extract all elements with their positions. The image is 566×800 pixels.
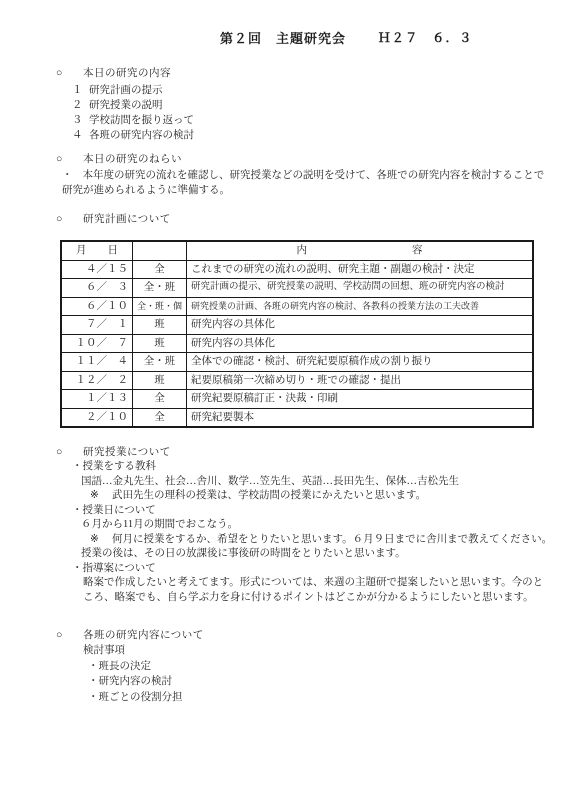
subjects-note: ※武田先生の理科の授業は、学校訪問の授業にかえたいと思います。 xyxy=(90,489,566,504)
cell-content: これまでの研究の流れの説明、研究主題・副題の検討・決定 xyxy=(187,260,534,279)
subsection-lesson-plan-draft: ・指導案について xyxy=(72,562,566,577)
table-row: ４／１５ 全 これまでの研究の流れの説明、研究主題・副題の検討・決定 xyxy=(61,260,533,279)
section-heading-today-aim: 本日の研究のねらい xyxy=(83,152,182,167)
dot-bullet-icon: ・ xyxy=(88,661,99,672)
lesson-days-line: ６月から11月の期間でおこなう。 xyxy=(81,518,566,533)
cell-scope: 全 xyxy=(133,390,187,409)
group-item: ・班長の決定 xyxy=(88,659,566,675)
cell-scope: 班 xyxy=(133,316,187,335)
circle-bullet-icon: ○ xyxy=(56,152,68,167)
cell-content: 全体での確認・検討、研究紀要原稿作成の割り振り xyxy=(187,353,534,372)
table-row: ６／ ３ 全・班 研究計画の提示、研究授業の説明、学校訪問の回想、班の研究内容の… xyxy=(61,279,533,298)
cell-date: ６／ ３ xyxy=(61,279,133,298)
dot-bullet-icon: ・ xyxy=(72,461,83,472)
item-number: １ xyxy=(72,83,89,98)
section-research-plan: ○ 研究計画について 月 日 内 容 ４／１５ 全 これまでの研究の流れの説明、… xyxy=(0,212,566,428)
lesson-days-line2: 授業の後は、その日の放課後に事後研の時間をとりたいと思います。 xyxy=(81,547,566,562)
cell-date: １１／ ４ xyxy=(61,353,133,372)
section-today-content: ○ 本日の研究の内容 １研究計画の提示 ２研究授業の説明 ３学校訪問を振り返って… xyxy=(0,66,566,143)
cell-scope: 全・班 xyxy=(133,353,187,372)
numbered-list: １研究計画の提示 ２研究授業の説明 ３学校訪問を振り返って ４各班の研究内容の検… xyxy=(72,83,566,143)
section-group-contents: ○ 各班の研究内容について 検討事項 ・班長の決定 ・研究内容の検討 ・班ごとの… xyxy=(0,628,566,705)
note-mark-icon: ※ xyxy=(90,489,112,504)
header-scope xyxy=(133,241,187,260)
list-item: １研究計画の提示 xyxy=(72,83,566,98)
item-number: ３ xyxy=(72,113,89,128)
cell-content: 研究内容の具体化 xyxy=(187,334,534,353)
cell-content: 研究内容の具体化 xyxy=(187,316,534,335)
cell-scope: 全 xyxy=(133,408,187,427)
cell-date: ７／ １ xyxy=(61,316,133,335)
item-text: 学校訪問を振り返って xyxy=(89,115,194,126)
draft-paragraph: 略案で作成したいと考えてます。形式については、来週の主題研で提案したいと思います… xyxy=(83,576,545,605)
cell-scope: 全・班・個 xyxy=(133,297,187,316)
item-text: 研究計画の提示 xyxy=(89,85,163,96)
cell-date: ４／１５ xyxy=(61,260,133,279)
cell-date: ６／１０ xyxy=(61,297,133,316)
subsection-lesson-days: ・授業日について xyxy=(72,504,566,519)
note-mark-icon: ※ xyxy=(90,533,112,548)
item-text: 各班の研究内容の検討 xyxy=(89,130,194,141)
table-header-row: 月 日 内 容 xyxy=(61,241,533,260)
subsection-subjects: ・授業をする教科 xyxy=(72,460,566,475)
dot-bullet-icon: ・ xyxy=(88,676,99,687)
table-row: １１／ ４ 全・班 全体での確認・検討、研究紀要原稿作成の割り振り xyxy=(61,353,533,372)
subsection-label: 授業日について xyxy=(83,505,156,516)
research-plan-table: 月 日 内 容 ４／１５ 全 これまでの研究の流れの説明、研究主題・副題の検討・… xyxy=(60,240,534,428)
aim-text: 本年度の研究の流れを確認し、研究授業などの説明を受けて、各班での研究内容を検討す… xyxy=(62,170,544,196)
item-text: 班ごとの役割分担 xyxy=(99,692,183,703)
circle-bullet-icon: ○ xyxy=(56,212,68,227)
cell-scope: 班 xyxy=(133,371,187,390)
cell-content: 研究紀要原稿訂正・決裁・印刷 xyxy=(187,390,534,409)
list-item: ２研究授業の説明 xyxy=(72,98,566,113)
table-row: １／１３ 全 研究紀要原稿訂正・決裁・印刷 xyxy=(61,390,533,409)
cell-scope: 全・班 xyxy=(133,279,187,298)
cell-date: ２／１０ xyxy=(61,408,133,427)
cell-content: 紀要原稿第一次締め切り・班での確認・提出 xyxy=(187,371,534,390)
group-item: ・研究内容の検討 xyxy=(88,674,566,690)
circle-bullet-icon: ○ xyxy=(56,445,68,460)
item-number: ２ xyxy=(72,98,89,113)
dot-bullet-icon: ・ xyxy=(62,170,73,181)
subjects-line: 国語…金丸先生、社会…舎川、数学…笠先生、英語…長田先生、保体…吉松先生 xyxy=(81,475,566,490)
dot-bullet-icon: ・ xyxy=(72,505,83,516)
circle-bullet-icon: ○ xyxy=(56,628,68,643)
table-row: ７／ １ 班 研究内容の具体化 xyxy=(61,316,533,335)
cell-date: １０／ ７ xyxy=(61,334,133,353)
subsection-label: 授業をする教科 xyxy=(83,461,157,472)
section-heading-group-contents: 各班の研究内容について xyxy=(83,628,204,643)
table-row: １２／ ２ 班 紀要原稿第一次締め切り・班での確認・提出 xyxy=(61,371,533,390)
note-text: 何月に授業をするか、希望をとりたいと思います。６月９日までに舎川まで教えてくださ… xyxy=(112,534,552,545)
item-text: 研究授業の説明 xyxy=(89,100,163,111)
section-heading-today-content: 本日の研究の内容 xyxy=(83,66,171,81)
section-today-aim: ○ 本日の研究のねらい ・本年度の研究の流れを確認し、研究授業などの説明を受けて… xyxy=(0,152,566,198)
section-research-lesson: ○ 研究授業について ・授業をする教科 国語…金丸先生、社会…舎川、数学…笠先生… xyxy=(0,445,566,605)
table-row: ２／１０ 全 研究紀要製本 xyxy=(61,408,533,427)
group-sub-label: 検討事項 xyxy=(83,643,566,659)
dot-bullet-icon: ・ xyxy=(88,692,99,703)
cell-content: 研究紀要製本 xyxy=(187,408,534,427)
section-heading-research-plan: 研究計画について xyxy=(83,212,171,227)
cell-content: 研究授業の計画、各班の研究内容の検討、各教科の授業方法の工夫改善 xyxy=(187,297,534,316)
doc-title: 第２回 主題研究会 xyxy=(0,31,566,46)
doc-header: 第２回 主題研究会 Ｈ２７ ６．３ xyxy=(0,0,566,47)
lesson-days-note: ※何月に授業をするか、希望をとりたいと思います。６月９日までに舎川まで教えてくだ… xyxy=(90,533,566,548)
circle-bullet-icon: ○ xyxy=(56,66,68,81)
list-item: ４各班の研究内容の検討 xyxy=(72,128,566,143)
table-row: １０／ ７ 班 研究内容の具体化 xyxy=(61,334,533,353)
note-text: 武田先生の理科の授業は、学校訪問の授業にかえたいと思います。 xyxy=(112,490,426,501)
header-content: 内 容 xyxy=(187,241,534,260)
aim-paragraph: ・本年度の研究の流れを確認し、研究授業などの説明を受けて、各班での研究内容を検討… xyxy=(62,168,546,198)
document-page: 第２回 主題研究会 Ｈ２７ ６．３ ○ 本日の研究の内容 １研究計画の提示 ２研… xyxy=(0,0,566,800)
dot-bullet-icon: ・ xyxy=(72,563,83,574)
cell-scope: 全 xyxy=(133,260,187,279)
item-number: ４ xyxy=(72,128,89,143)
list-item: ３学校訪問を振り返って xyxy=(72,113,566,128)
doc-date: Ｈ２７ ６．３ xyxy=(378,31,473,46)
cell-content: 研究計画の提示、研究授業の説明、学校訪問の回想、班の研究内容の検討 xyxy=(187,279,534,298)
cell-date: １２／ ２ xyxy=(61,371,133,390)
table-row: ６／１０ 全・班・個 研究授業の計画、各班の研究内容の検討、各教科の授業方法の工… xyxy=(61,297,533,316)
header-date: 月 日 xyxy=(61,241,133,260)
group-item: ・班ごとの役割分担 xyxy=(88,690,566,706)
cell-date: １／１３ xyxy=(61,390,133,409)
section-heading-research-lesson: 研究授業について xyxy=(83,445,171,460)
item-text: 研究内容の検討 xyxy=(99,676,173,687)
subsection-label: 指導案について xyxy=(83,563,156,574)
item-text: 班長の決定 xyxy=(99,661,152,672)
cell-scope: 班 xyxy=(133,334,187,353)
